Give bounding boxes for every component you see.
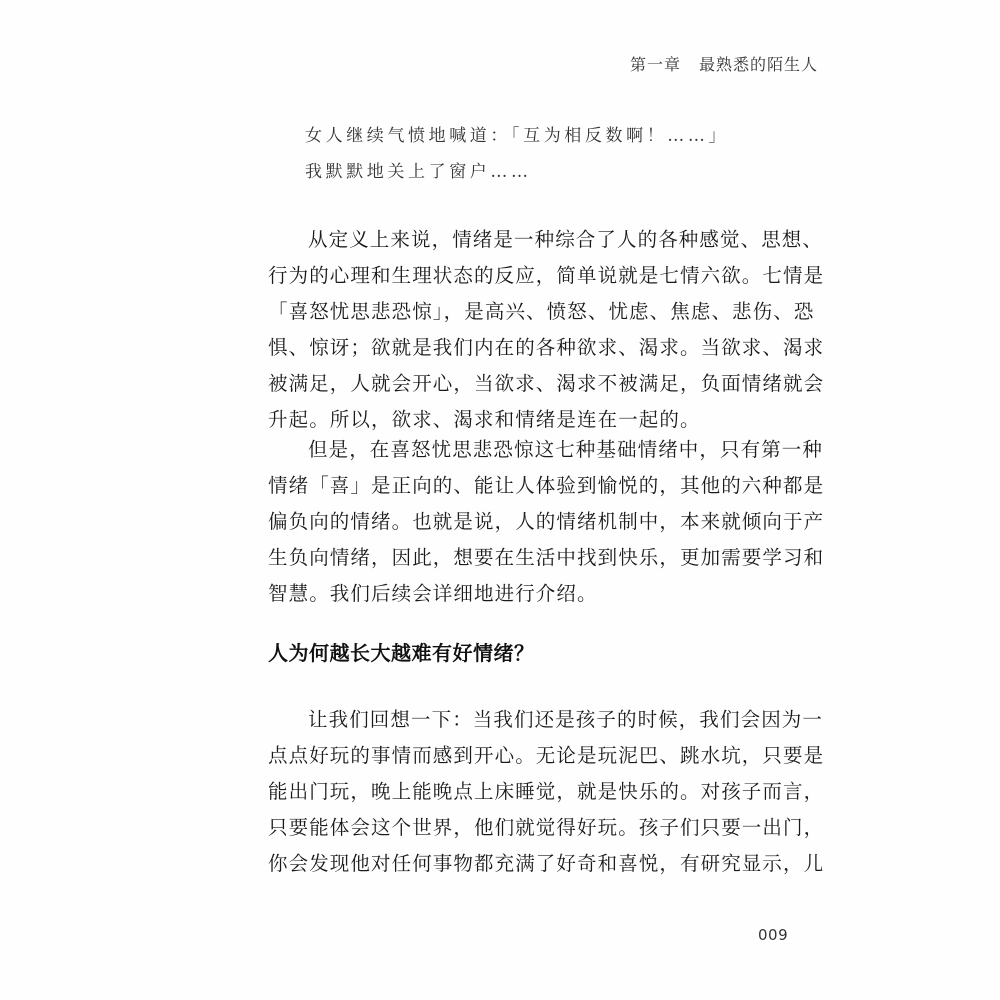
paragraph-line: 被满足，人就会开心，当欲求、渴求不被满足，负面情绪就会 xyxy=(268,366,808,402)
dialog-block: 女人继续气愤地喊道：「互为相反数啊！……」 我默默地关上了窗户…… xyxy=(305,118,785,190)
paragraph-line: 情绪「喜」是正向的、能让人体验到愉悦的，其他的六种都是 xyxy=(268,468,808,504)
paragraph-childhood: 让我们回想一下：当我们还是孩子的时候，我们会因为一 点点好玩的事情而感到开心。无… xyxy=(268,702,808,882)
page-number: 009 xyxy=(758,926,788,944)
paragraph-line: 能出门玩，晚上能晚点上床睡觉，就是快乐的。对孩子而言， xyxy=(268,774,808,810)
paragraph-line: 但是，在喜怒忧思悲恐惊这七种基础情绪中，只有第一种 xyxy=(268,432,808,468)
dialog-line: 女人继续气愤地喊道：「互为相反数啊！……」 xyxy=(305,118,785,154)
paragraph-line: 智慧。我们后续会详细地进行介绍。 xyxy=(268,576,808,612)
paragraph-definition: 从定义上来说，情绪是一种综合了人的各种感觉、思想、 行为的心理和生理状态的反应，… xyxy=(268,222,808,438)
paragraph-line: 行为的心理和生理状态的反应，简单说就是七情六欲。七情是 xyxy=(268,258,808,294)
chapter-number: 第一章 xyxy=(630,55,681,74)
paragraph-line: 只要能体会这个世界，他们就觉得好玩。孩子们只要一出门， xyxy=(268,810,808,846)
paragraph-line: 你会发现他对任何事物都充满了好奇和喜悦，有研究显示，儿 xyxy=(268,846,808,882)
paragraph-line: 生负向情绪，因此，想要在生活中找到快乐，更加需要学习和 xyxy=(268,540,808,576)
section-heading: 人为何越长大越难有好情绪？ xyxy=(268,637,535,666)
paragraph-line: 让我们回想一下：当我们还是孩子的时候，我们会因为一 xyxy=(268,702,808,738)
paragraph-seven-emotions: 但是，在喜怒忧思悲恐惊这七种基础情绪中，只有第一种 情绪「喜」是正向的、能让人体… xyxy=(268,432,808,612)
dialog-line: 我默默地关上了窗户…… xyxy=(305,154,785,190)
book-page: 第一章最熟悉的陌生人 女人继续气愤地喊道：「互为相反数啊！……」 我默默地关上了… xyxy=(0,0,1000,1000)
paragraph-line: 惧、惊讶；欲就是我们内在的各种欲求、渴求。当欲求、渴求 xyxy=(268,330,808,366)
paragraph-line: 从定义上来说，情绪是一种综合了人的各种感觉、思想、 xyxy=(268,222,808,258)
chapter-title: 最熟悉的陌生人 xyxy=(699,55,818,74)
paragraph-line: 点点好玩的事情而感到开心。无论是玩泥巴、跳水坑，只要是 xyxy=(268,738,808,774)
paragraph-line: 偏负向的情绪。也就是说，人的情绪机制中，本来就倾向于产 xyxy=(268,504,808,540)
running-head: 第一章最熟悉的陌生人 xyxy=(630,52,818,75)
paragraph-line: 「喜怒忧思悲恐惊」，是高兴、愤怒、忧虑、焦虑、悲伤、恐 xyxy=(268,294,808,330)
